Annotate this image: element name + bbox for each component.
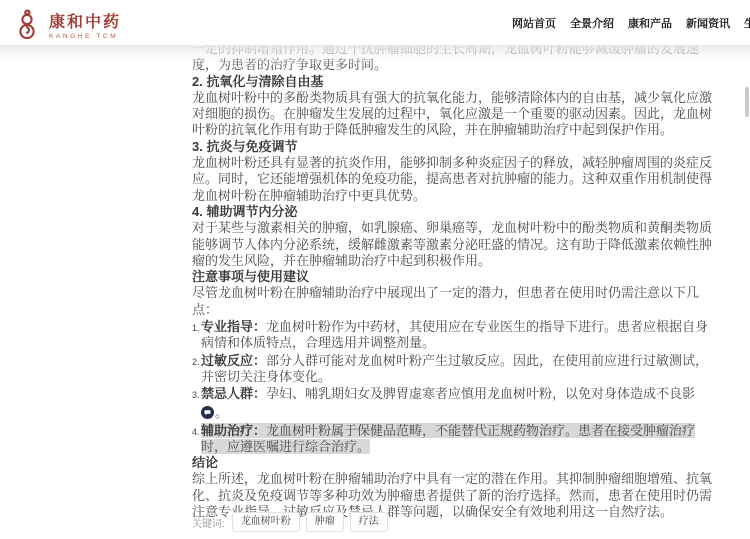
- nav-item-products[interactable]: 康和产品: [628, 15, 672, 31]
- section-heading: 2. 抗氧化与清除自由基: [192, 74, 722, 90]
- keyword-tag[interactable]: 龙血树叶粉: [232, 512, 300, 532]
- keyword-tag[interactable]: 疗法: [350, 512, 388, 532]
- article-paragraph-line: 应。同时，它还能增强机体的免疫功能，提高患者对抗肿瘤的能力。这种双重作用机制使得: [192, 171, 722, 187]
- list-item-text: 时，应遵医嘱进行综合治疗。: [201, 439, 370, 454]
- translate-popup-icon[interactable]: [201, 406, 214, 419]
- nav-item-clipped[interactable]: 生: [744, 15, 750, 31]
- article-paragraph-line: 龙血树叶粉还具有显著的抗炎作用，能够抑制多种炎症因子的释放，减轻肿瘤周围的炎症反: [192, 155, 722, 171]
- list-item-text: 。: [215, 403, 228, 422]
- list-item-line: 时，应遵医嘱进行综合治疗。: [192, 439, 722, 455]
- article-paragraph-line: 点：: [192, 302, 722, 318]
- nav-item-news[interactable]: 新闻资讯: [686, 15, 730, 31]
- keywords-label: 关键词:: [192, 515, 225, 530]
- list-item-term: 专业指导：: [201, 319, 266, 334]
- keyword-tag[interactable]: 肿瘤: [306, 512, 344, 532]
- list-item: 2.过敏反应：部分人群可能对龙血树叶粉产生过敏反应。因此，在使用前应进行过敏测试…: [192, 353, 722, 386]
- article-paragraph-line: 尽管龙血树叶粉在肿瘤辅助治疗中展现出了一定的潜力，但患者在使用时仍需注意以下几: [192, 285, 722, 301]
- list-item-term: 辅助治疗：: [201, 423, 266, 438]
- list-item: 3.禁忌人群：孕妇、哺乳期妇女及脾胃虚寒者应慎用龙血树叶粉，以免对身体造成不良影…: [192, 386, 722, 421]
- list-item-text: 部分人群可能对龙血树叶粉产生过敏反应。因此，在使用前应进行过敏测试，: [266, 353, 708, 368]
- list-item-line: 3.禁忌人群：孕妇、哺乳期妇女及脾胃虚寒者应慎用龙血树叶粉，以免对身体造成不良影: [192, 386, 722, 402]
- list-item-text: 孕妇、哺乳期妇女及脾胃虚寒者应慎用龙血树叶粉，以免对身体造成不良影: [266, 386, 695, 401]
- brand-name: 康和中药: [49, 15, 121, 31]
- article-paragraph-line: 对于某些与激素相关的肿瘤，如乳腺癌、卵巢癌等，龙血树叶粉中的酚类物质和黄酮类物质: [192, 220, 722, 236]
- list-item-line: 并密切关注身体变化。: [192, 369, 722, 385]
- list-item-text: 病情和体质特点，合理选用并调整剂量。: [201, 335, 435, 350]
- brand-logo[interactable]: 康和中药 KANGHE TCM: [13, 9, 121, 46]
- list-item-line: 。: [192, 403, 722, 422]
- list-item-number: 2.: [192, 354, 201, 370]
- article-paragraph-line: 能够调节人体内分泌系统，缓解雌激素等激素分泌旺盛的情况。这有助于降低激素依赖性肿: [192, 237, 722, 253]
- nav-item-overview[interactable]: 全景介绍: [570, 15, 614, 31]
- list-item-number: 3.: [192, 387, 201, 403]
- vertical-scrollbar-thumb[interactable]: [745, 87, 749, 117]
- list-item-line: 2.过敏反应：部分人群可能对龙血树叶粉产生过敏反应。因此，在使用前应进行过敏测试…: [192, 353, 722, 369]
- list-item-text: 并密切关注身体变化。: [201, 369, 331, 384]
- list-item-line: 病情和体质特点，合理选用并调整剂量。: [192, 335, 722, 351]
- article-paragraph-line: 龙血树叶粉中的多酚类物质具有强大的抗氧化能力，能够清除体内的自由基，减少氧化应激: [192, 90, 722, 106]
- list-item-text: 龙血树叶粉作为中药材，其使用应在专业医生的指导下进行。患者应根据自身: [266, 319, 708, 334]
- gourd-logo-icon: [13, 9, 43, 46]
- section-heading: 结论: [192, 455, 722, 471]
- nav-item-home[interactable]: 网站首页: [512, 15, 556, 31]
- article-paragraph-line: 化、抗炎及免疫调节等多种功效为肿瘤患者提供了新的治疗选择。然而，患者在使用时仍需: [192, 488, 722, 504]
- brand-subtitle: KANGHE TCM: [49, 34, 121, 41]
- list-item-line: 4.辅助治疗：龙血树叶粉属于保健品范畴，不能替代正规药物治疗。患者在接受肿瘤治疗: [192, 423, 722, 439]
- list-item-number: 4.: [192, 424, 201, 440]
- section-heading: 注意事项与使用建议: [192, 269, 722, 285]
- list-item-number: 1.: [192, 320, 201, 336]
- article-paragraph-line: 叶粉的抗氧化作用有助于降低肿瘤发生的风险，并在肿瘤辅助治疗中起到保护作用。: [192, 122, 722, 138]
- list-item-line: 1.专业指导：龙血树叶粉作为中药材，其使用应在专业医生的指导下进行。患者应根据自…: [192, 319, 722, 335]
- article-body: 一定的抑制增殖作用。通过干扰肿瘤细胞的生长周期，龙血树叶粉能够减缓肿瘤的发展速度…: [192, 41, 722, 520]
- article-paragraph-line: 对细胞的损伤。在肿瘤发生发展的过程中，氧化应激是一个重要的驱动因素。因此，龙血树: [192, 106, 722, 122]
- article-paragraph-line: 龙血树叶粉在肿瘤辅助治疗中更具优势。: [192, 188, 722, 204]
- main-nav: 网站首页 全景介绍 康和产品 新闻资讯 生: [512, 0, 750, 45]
- section-heading: 3. 抗炎与免疫调节: [192, 139, 722, 155]
- list-item-term: 过敏反应：: [201, 353, 266, 368]
- article-paragraph-line: 度，为患者的治疗争取更多时间。: [192, 57, 722, 73]
- article-paragraph-line: 综上所述，龙血树叶粉在肿瘤辅助治疗中具有一定的潜在作用。其抑制肿瘤细胞增殖、抗氧: [192, 471, 722, 487]
- list-item: 1.专业指导：龙血树叶粉作为中药材，其使用应在专业医生的指导下进行。患者应根据自…: [192, 319, 722, 352]
- keywords-row: 关键词: 龙血树叶粉 肿瘤 疗法: [192, 512, 394, 532]
- section-heading: 4. 辅助调节内分泌: [192, 204, 722, 220]
- list-item-term: 禁忌人群：: [201, 386, 266, 401]
- site-header: 康和中药 KANGHE TCM 网站首页 全景介绍 康和产品 新闻资讯 生: [0, 0, 750, 45]
- article-paragraph-line: 瘤的发生风险，并在肿瘤辅助治疗中起到积极作用。: [192, 253, 722, 269]
- list-item: 4.辅助治疗：龙血树叶粉属于保健品范畴，不能替代正规药物治疗。患者在接受肿瘤治疗…: [192, 423, 722, 456]
- list-item-text: 龙血树叶粉属于保健品范畴，不能替代正规药物治疗。患者在接受肿瘤治疗: [266, 423, 695, 438]
